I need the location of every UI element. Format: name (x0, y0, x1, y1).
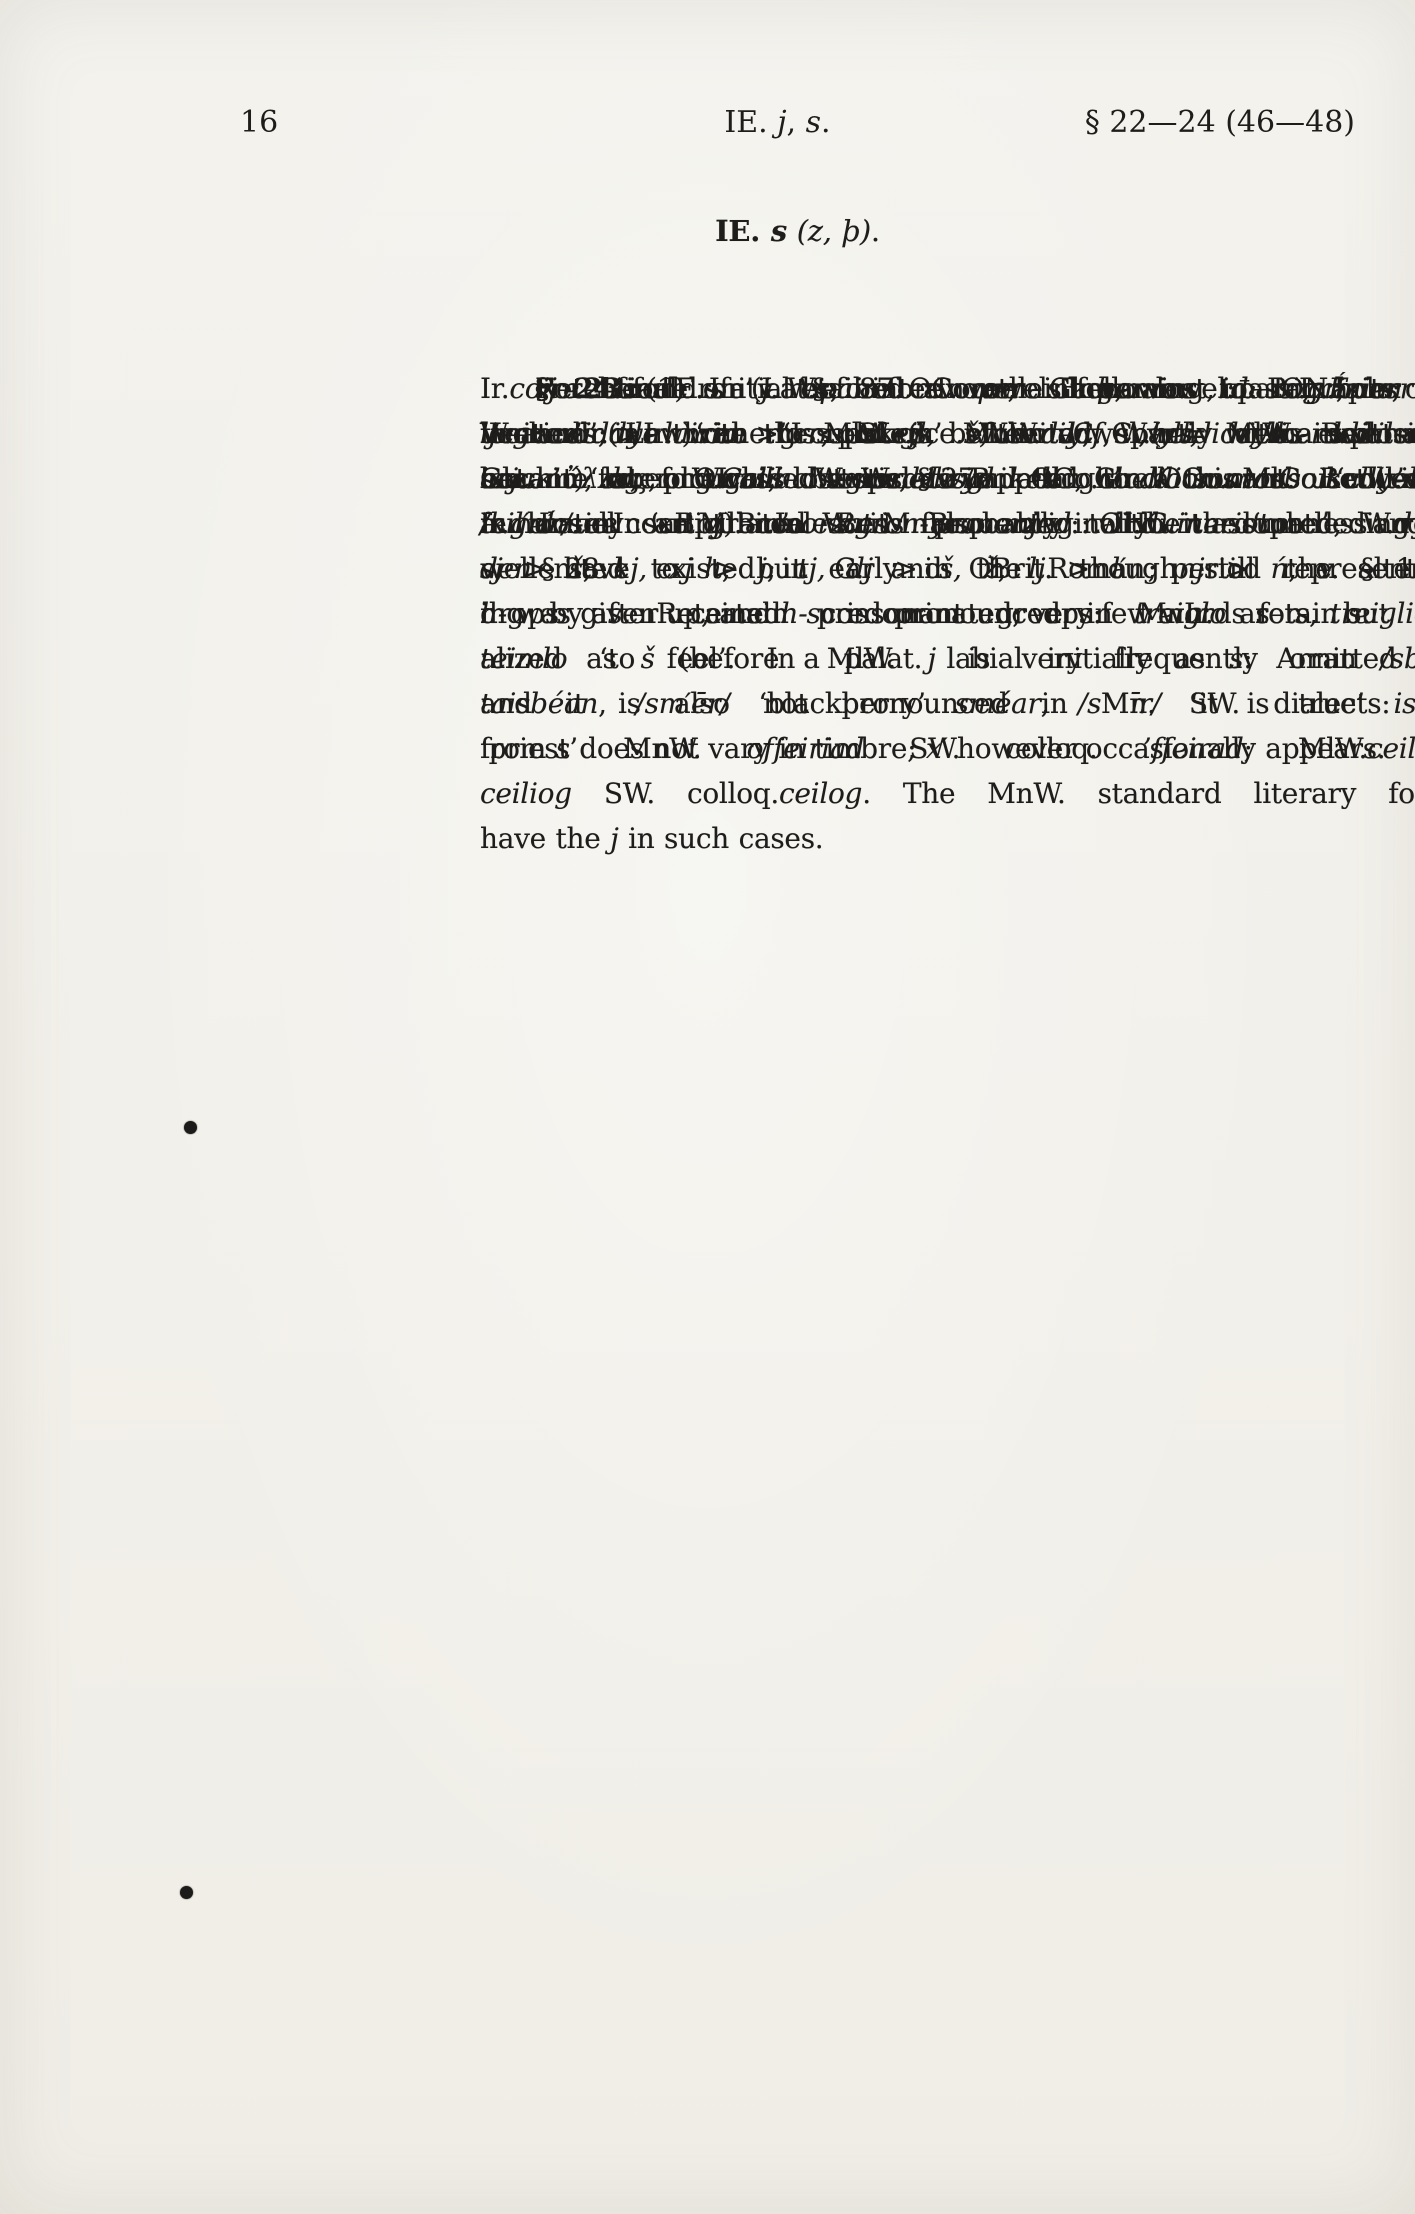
section-heading: IE. s (z, þ). (240, 209, 1355, 254)
body-line: from s does not vary in timbre; x′ howev… (480, 726, 1415, 771)
body-line: lenition (> h) in the sentence. Lenited … (480, 411, 1415, 456)
text-run: , lenited to (494, 552, 704, 585)
text-run-i: h- (480, 597, 507, 630)
text-run: ‘it is true’ (1161, 687, 1394, 720)
body-line: taisbéan, /sm′ēr/ ‘blackberry’ sméar, /s… (480, 681, 1415, 726)
text-run-i: (z, þ) (797, 214, 871, 248)
text-run: ) is written (1247, 417, 1415, 450)
margin-bullet (184, 1121, 197, 1134)
running-header: 16 IE. j, s. § 22—24 (46—48) (240, 102, 1355, 144)
text-run (787, 214, 797, 248)
section-range: § 22—24 (46—48) (1085, 102, 1355, 144)
text-run: . (821, 105, 831, 140)
text-run: was given up, and (507, 597, 781, 630)
text-run: , (787, 105, 806, 140)
text-run-i: h- (781, 597, 808, 630)
text-run-i: sméar (955, 687, 1041, 720)
text-run: , but early in the Roman period the alte… (722, 552, 1415, 585)
body-line: but in later OIr. ṡ begins to appear, an… (480, 456, 1415, 501)
text-run-i: is (1393, 687, 1415, 720)
text-run-i: taisbéan (480, 687, 598, 720)
text-run-i: s (815, 372, 829, 405)
body-line: ceiliog SW. colloq.ceilog. The MnW. stan… (480, 771, 1415, 816)
text-run-i: s (1115, 417, 1129, 450)
text-run-i: š (641, 642, 655, 675)
margin-bullet (180, 1886, 193, 1899)
text-run: . The MnW. standard literary forms alway… (862, 777, 1415, 810)
text-run: , (1041, 687, 1078, 720)
text-run: lenition (> (480, 417, 664, 450)
text-run: alized as (480, 642, 641, 675)
text-run-i: /sb′ân/ (1381, 642, 1415, 675)
body-line: in Latin script). In Brit. also original… (480, 501, 1415, 546)
text-run-i: ceilog (779, 777, 862, 810)
text-run-b: IE. (715, 214, 771, 248)
page-body: Ir.coire ‘cauldron’ W.pair OCo.per Br.pe… (240, 183, 1355, 254)
text-run: . (871, 214, 880, 248)
text-run: before vowels remains in Ir., but can un… (829, 372, 1415, 405)
text-run-i: h (704, 552, 722, 585)
text-run: (before a palat. labial initially as (655, 642, 1229, 675)
text-run-i: s (1229, 642, 1243, 675)
text-run-i: /sm′ēr/ (635, 687, 729, 720)
body-line: s, lenited to h, but early in the Roman … (480, 546, 1415, 591)
body-line: § 24. (1) Initial s before vowels remain… (480, 366, 1415, 411)
text-run: ( = (1129, 417, 1230, 450)
text-run: SW. colloq. (572, 777, 779, 810)
text-run: : Arran (1243, 642, 1380, 675)
text-run: begins to appear, and this is used in Mn… (785, 462, 1415, 495)
text-run-i: ṡ (771, 462, 785, 495)
body-line: have the j in such cases. (480, 816, 1415, 861)
text-run: ‘blackberry’ (729, 687, 954, 720)
body-line: IE. s (z, þ). (240, 209, 1355, 254)
text-run: in such cases. (618, 822, 823, 855)
text-run: (1) Initial (622, 372, 815, 405)
book-page: 16 IE. j, s. § 22—24 (46—48) Ir.coire ‘c… (0, 0, 1415, 2214)
text-run-i: ceiliog (480, 777, 572, 810)
text-run: . (1362, 597, 1371, 630)
text-run-i: s (556, 732, 570, 765)
text-run: have the (480, 822, 610, 855)
text-run-i: j (777, 105, 786, 140)
text-run: predominated; very few words retain (807, 597, 1347, 630)
text-run: IE. (724, 105, 777, 140)
text-run: from (480, 732, 556, 765)
text-run-i: /s īr/ (1078, 687, 1161, 720)
text-run: however occasionally appears. (947, 732, 1385, 765)
text-run: but in later OIr. (480, 462, 771, 495)
text-run-i: s (806, 105, 821, 140)
text-run-b: § 24. (535, 372, 622, 405)
paragraph: § 24. (1) Initial s before vowels remain… (480, 366, 1415, 636)
text-run-i: s (480, 552, 494, 585)
text-run: , (598, 687, 635, 720)
text-run: ) in the sentence. Lenited (682, 417, 1115, 450)
text-run-i: h (664, 417, 682, 450)
text-run: does not vary in timbre; (570, 732, 926, 765)
text-run-i: s (1348, 597, 1362, 630)
text-run-i: h (1230, 417, 1248, 450)
text-run: in Latin script). In Brit. also original… (480, 507, 1415, 540)
body-line: alized as š (before a palat. labial init… (480, 636, 1415, 681)
text-run-bi: s (771, 214, 787, 248)
body-line: h- was given up, and h- predominated; ve… (480, 591, 1415, 636)
text-run-i: x′ (926, 732, 948, 765)
